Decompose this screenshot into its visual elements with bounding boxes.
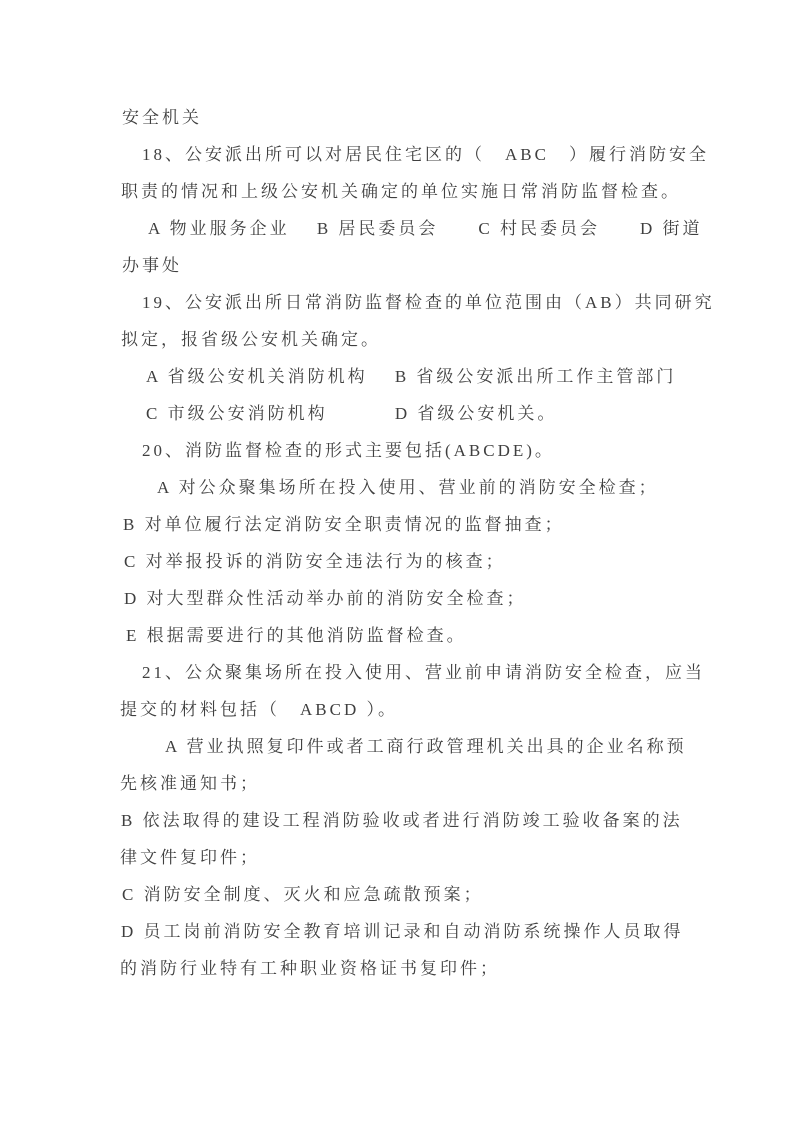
- q20-option-c: C 对举报投诉的消防安全违法行为的核查；: [120, 543, 700, 580]
- q21-option-a-line-1: A 营业执照复印件或者工商行政管理机关出具的企业名称预: [120, 728, 700, 765]
- q21-option-d-line-1: D 员工岗前消防安全教育培训记录和自动消防系统操作人员取得: [120, 913, 700, 950]
- document-body: 安全机关18、公安派出所可以对居民住宅区的（ ABC ）履行消防安全职责的情况和…: [120, 99, 700, 987]
- q20-option-e: E 根据需要进行的其他消防监督检查。: [120, 617, 700, 654]
- q20-stem: 20、消防监督检查的形式主要包括(ABCDE)。: [120, 432, 700, 469]
- q18-options-line-1: A 物业服务企业 B 居民委员会 C 村民委员会 D 街道: [120, 210, 700, 247]
- q21-option-b-line-2: 律文件复印件；: [120, 839, 700, 876]
- document-page: 安全机关18、公安派出所可以对居民住宅区的（ ABC ）履行消防安全职责的情况和…: [0, 0, 793, 1122]
- q21-stem-line-1: 21、公众聚集场所在投入使用、营业前申请消防安全检查，应当: [120, 654, 700, 691]
- q20-option-a: A 对公众聚集场所在投入使用、营业前的消防安全检查；: [120, 469, 700, 506]
- q18-stem-line-1: 18、公安派出所可以对居民住宅区的（ ABC ）履行消防安全: [120, 136, 700, 173]
- q19-options-line-1: A 省级公安机关消防机构 B 省级公安派出所工作主管部门: [120, 358, 700, 395]
- q18-options-line-2: 办事处: [120, 247, 700, 284]
- q21-stem-line-2: 提交的材料包括（ ABCD ）。: [120, 691, 700, 728]
- q19-stem-line-1: 19、公安派出所日常消防监督检查的单位范围由（AB）共同研究: [120, 284, 700, 321]
- q19-options-line-2: C 市级公安消防机构 D 省级公安机关。: [120, 395, 700, 432]
- q18-stem-line-2: 职责的情况和上级公安机关确定的单位实施日常消防监督检查。: [120, 173, 700, 210]
- q20-option-d: D 对大型群众性活动举办前的消防安全检查；: [120, 580, 700, 617]
- q17-tail-text: 安全机关: [120, 99, 700, 136]
- q21-option-d-line-2: 的消防行业特有工种职业资格证书复印件；: [120, 950, 700, 987]
- q20-option-b: B 对单位履行法定消防安全职责情况的监督抽查；: [120, 506, 700, 543]
- q21-option-a-line-2: 先核准通知书；: [120, 765, 700, 802]
- q21-option-c: C 消防安全制度、灭火和应急疏散预案；: [120, 876, 700, 913]
- q21-option-b-line-1: B 依法取得的建设工程消防验收或者进行消防竣工验收备案的法: [120, 802, 700, 839]
- q19-stem-line-2: 拟定，报省级公安机关确定。: [120, 321, 700, 358]
